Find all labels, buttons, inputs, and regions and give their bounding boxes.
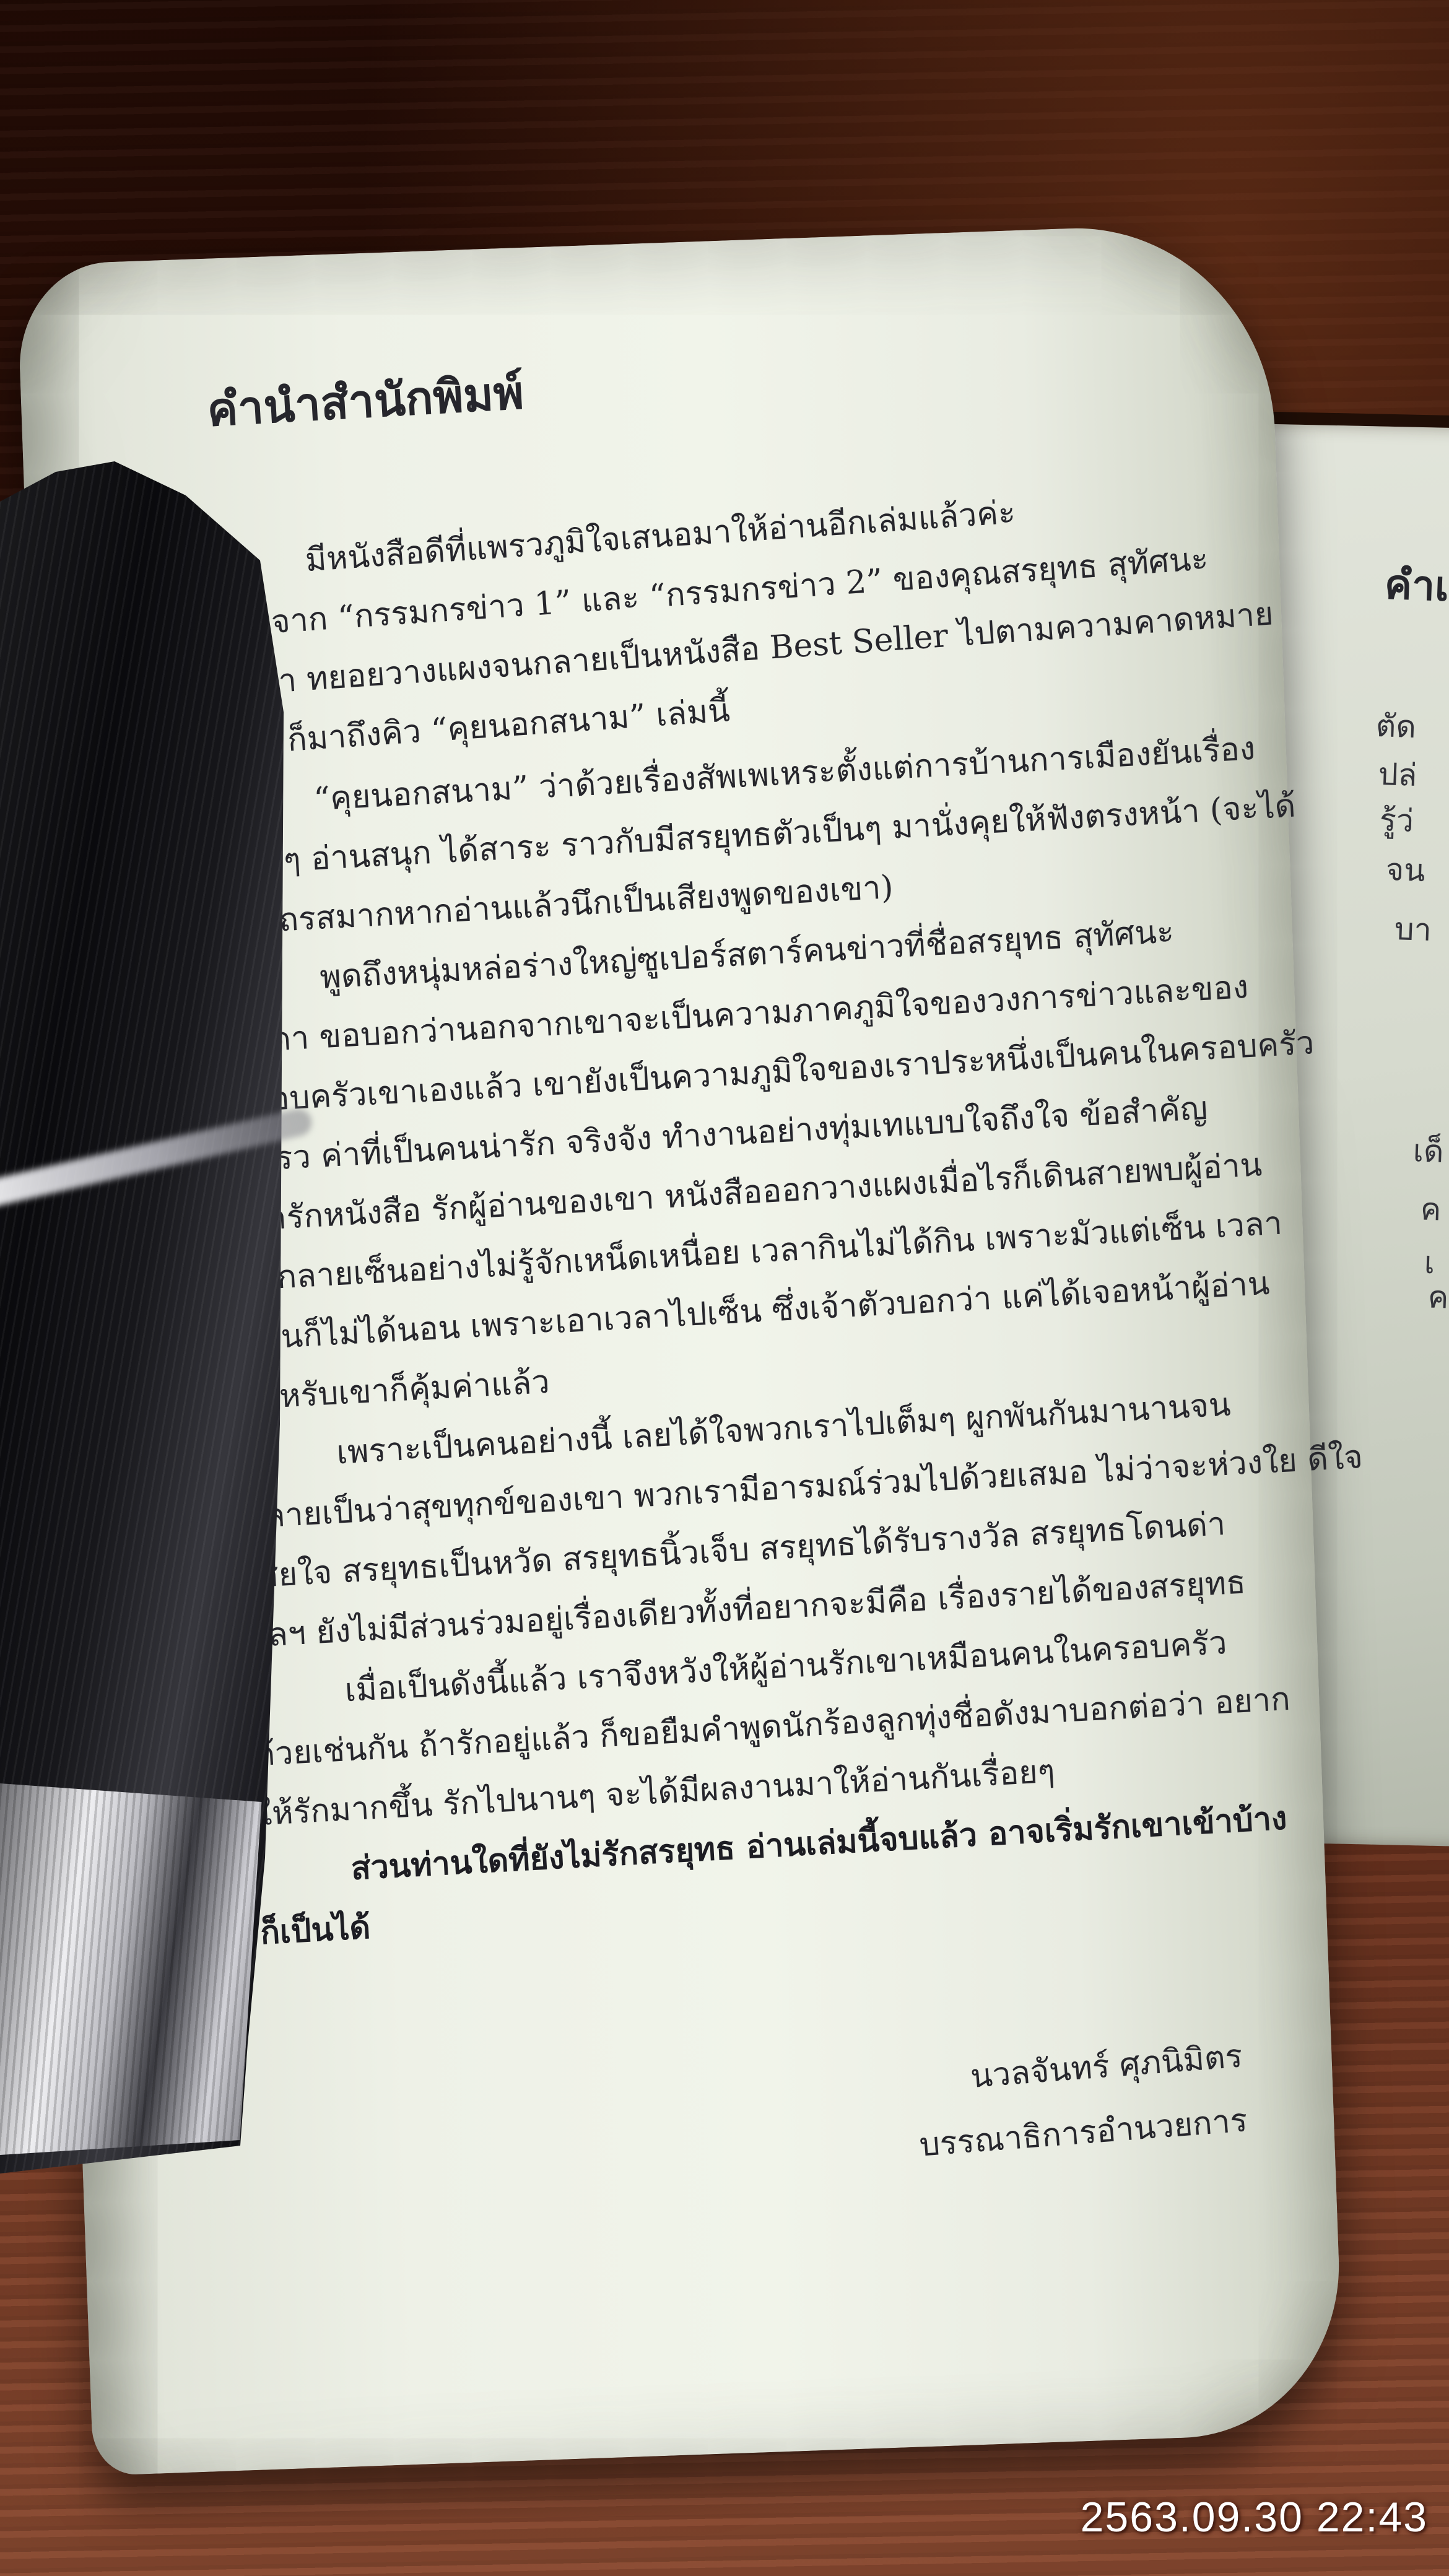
book-photo: คำเ ตัด ปล่ รู้ว่ จน บา เด็ ค เ ค คำนำสำ…: [0, 0, 1449, 2576]
right-page-text-fragment: จน: [1385, 854, 1425, 886]
right-page-text-fragment: ค: [1420, 1193, 1442, 1225]
right-page-text-fragment: เด็: [1412, 1135, 1444, 1167]
right-page-text-fragment: บา: [1394, 913, 1432, 946]
page-title: คำนำสำนักพิมพ์: [206, 325, 1235, 438]
camera-timestamp: 2563.09.30 22:43: [1081, 2493, 1428, 2541]
right-page-heading-fragment: คำเ: [1384, 563, 1449, 607]
right-page-text-fragment: ปล่: [1378, 759, 1417, 791]
right-page-text-fragment: ตัด: [1375, 710, 1417, 742]
right-page-text-fragment: รู้ว่: [1379, 804, 1414, 837]
right-page-text-fragment: เ: [1424, 1247, 1435, 1279]
signature-block: นวลจันทร์ ศุภนิมิตร บรรณาธิการอำนวยการ: [264, 2020, 1299, 2227]
left-page: คำนำสำนักพิมพ์ มีหนังสือดีที่แพรวภูมิใจเ…: [16, 222, 1344, 2476]
preface-text-block: คำนำสำนักพิมพ์ มีหนังสือดีที่แพรวภูมิใจเ…: [206, 347, 1297, 2185]
right-page-text-fragment: ค: [1427, 1281, 1449, 1313]
